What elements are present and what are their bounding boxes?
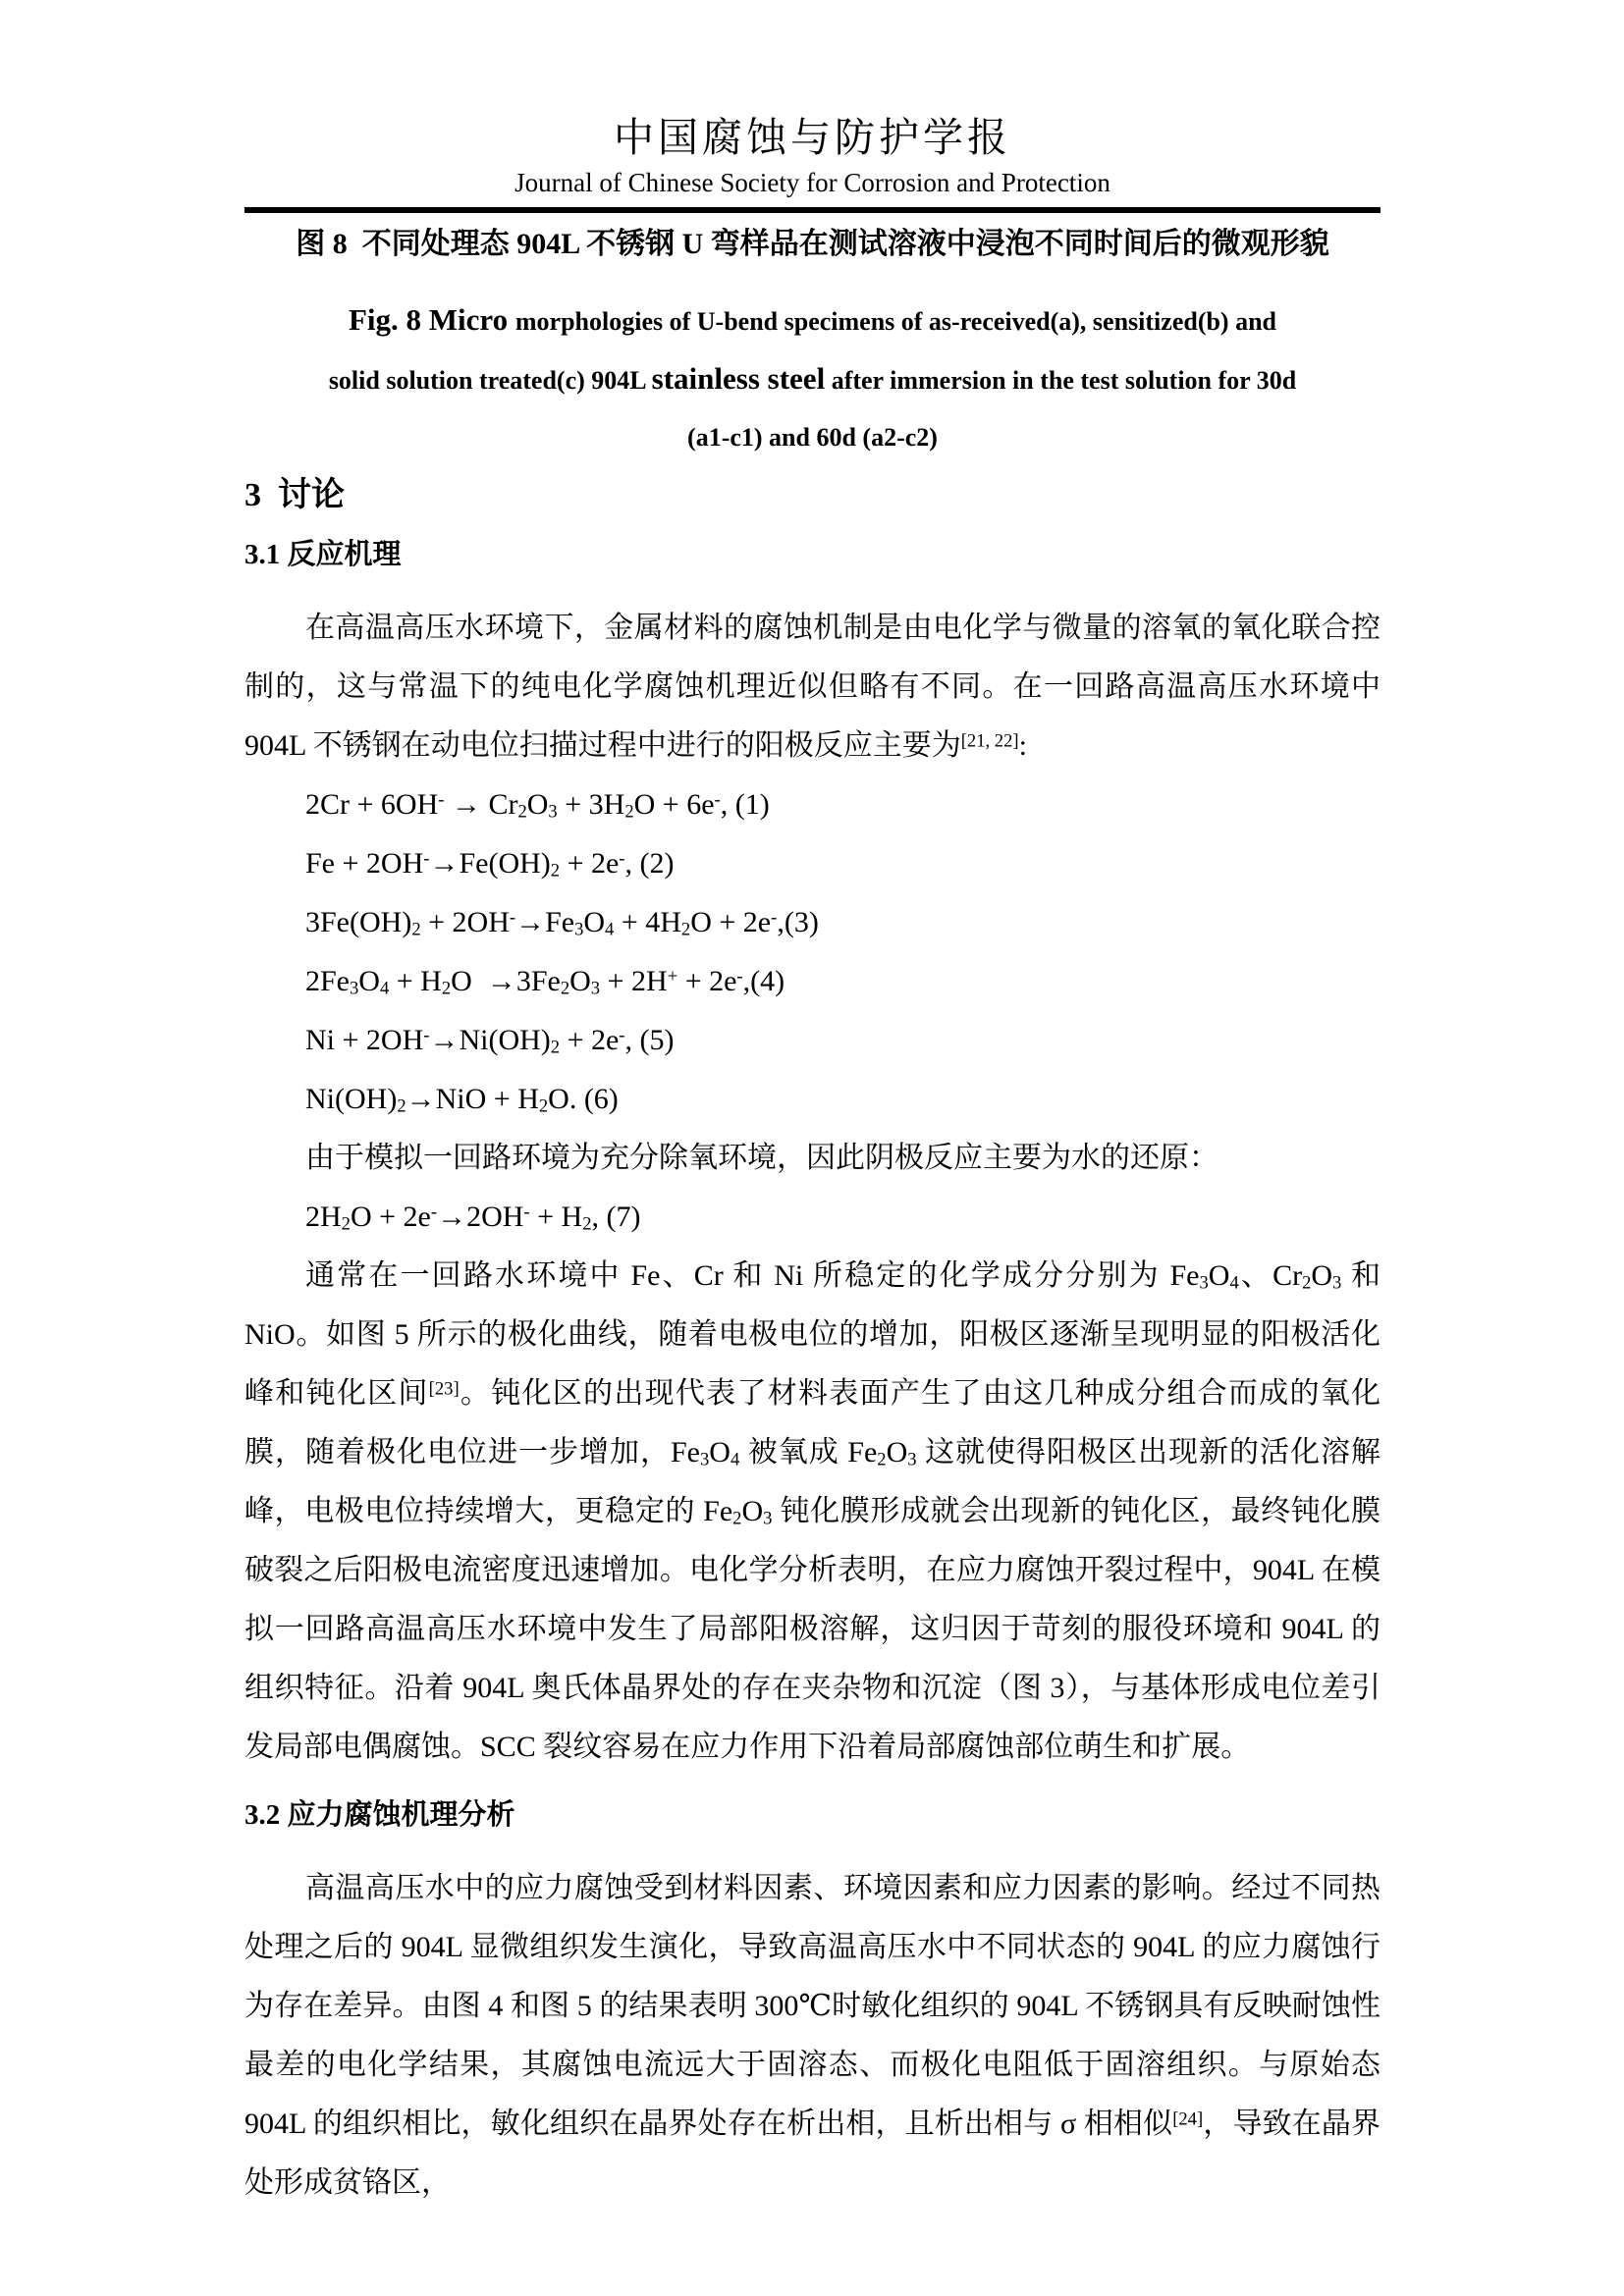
equation-line: 3Fe(OH)2 + 2OH-→Fe3O4 + 4H2O + 2e-,(3) (244, 893, 1380, 952)
paragraph-reaction-mechanism-intro: 在高温高压水环境下，金属材料的腐蚀机制是由电化学与微量的溶氧的氧化联合控制的，这… (244, 599, 1380, 775)
paragraph-scc-analysis: 高温高压水中的应力腐蚀受到材料因素、环境因素和应力因素的影响。经过不同热处理之后… (244, 1859, 1380, 2213)
equation-line: Ni(OH)2→NiO + H2O. (6) (244, 1070, 1380, 1129)
paragraph-oxide-film-discussion: 通常在一回路水环境中 Fe、Cr 和 Ni 所稳定的化学成分分别为 Fe3O4、… (244, 1247, 1380, 1777)
figure-caption-en-line: (a1-c1) and 60d (a2-c2) (244, 409, 1380, 466)
paragraph-cathodic-intro: 由于模拟一回路环境为充分除氧环境，因此阴极反应主要为水的还原： (244, 1129, 1380, 1188)
equation-line: Fe + 2OH-→Fe(OH)2 + 2e-, (2) (244, 834, 1380, 893)
section-heading-discussion: 3 讨论 (244, 474, 1380, 516)
journal-title-en: Journal of Chinese Society for Corrosion… (244, 167, 1380, 198)
journal-title-zh: 中国腐蚀与防护学报 (244, 114, 1380, 162)
figure-caption-en: Fig. 8 Micro morphologies of U-bend spec… (244, 292, 1380, 466)
subsection-heading-reaction-mechanism: 3.1 反应机理 (244, 536, 1380, 573)
equation-line: 2Fe3O4 + H2O →3Fe2O3 + 2H+ + 2e-,(4) (244, 952, 1380, 1011)
equation-line: Ni + 2OH-→Ni(OH)2 + 2e-, (5) (244, 1011, 1380, 1070)
figure-caption-en-line: Fig. 8 Micro morphologies of U-bend spec… (244, 292, 1380, 350)
header-divider-rule (244, 207, 1380, 213)
equation-line: 2Cr + 6OH- → Cr2O3 + 3H2O + 6e-, (1) (244, 775, 1380, 834)
paper-page: 中国腐蚀与防护学报 Journal of Chinese Society for… (0, 0, 1624, 2296)
figure-caption-en-line: solid solution treated(c) 904L stainless… (244, 350, 1380, 409)
subsection-heading-scc-mechanism-analysis: 3.2 应力腐蚀机理分析 (244, 1796, 1380, 1834)
figure-caption-zh: 图 8 不同处理态 904L 不锈钢 U 弯样品在测试溶液中浸泡不同时间后的微观… (244, 225, 1380, 264)
anodic-equations-block: 2Cr + 6OH- → Cr2O3 + 3H2O + 6e-, (1)Fe +… (244, 775, 1380, 1129)
equation-line: 2H2O + 2e-→2OH- + H2, (7) (244, 1188, 1380, 1247)
